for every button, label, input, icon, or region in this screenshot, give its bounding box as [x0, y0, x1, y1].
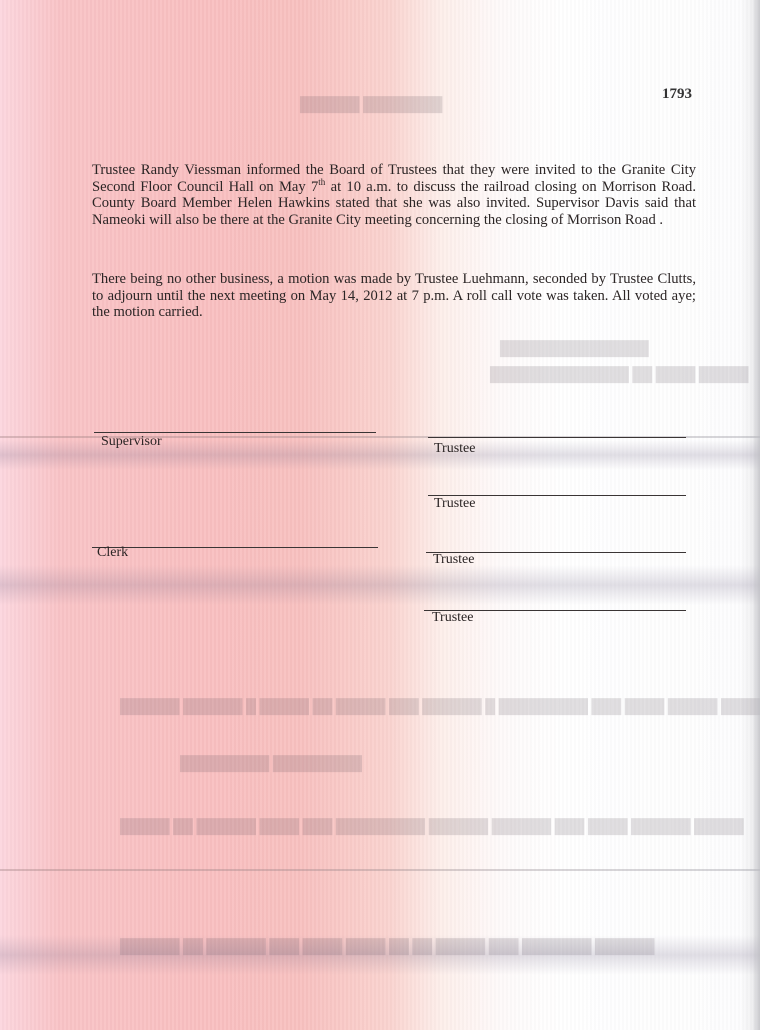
signature-label-trustee-1: Trustee [434, 441, 476, 457]
show-through-text: █████████ █████████ [180, 757, 362, 773]
fold-shadow [0, 565, 760, 605]
signature-line-clerk [92, 547, 378, 548]
show-through-text: ███████████████ [500, 342, 649, 358]
signature-line-supervisor [94, 432, 376, 433]
show-through-text: █████ ██████ ████ ███ ██████ ██████ ████… [120, 820, 744, 836]
signature-line-trustee-1 [428, 437, 686, 438]
fold-crease [0, 869, 760, 871]
paragraph-adjournment: There being no other business, a motion … [92, 271, 696, 321]
signature-label-trustee-2: Trustee [434, 496, 476, 512]
show-through-text: ████████ ██████ [300, 98, 442, 114]
signature-label-supervisor: Supervisor [101, 434, 162, 450]
paper-texture [0, 0, 760, 1030]
show-through-text: ██████ █████ ████ ███ █████████ █ ██████… [120, 700, 760, 716]
signature-label-clerk: Clerk [97, 545, 128, 561]
signature-label-trustee-4: Trustee [432, 610, 474, 626]
page-edge [752, 0, 760, 1030]
page-number: 1793 [662, 86, 692, 103]
signature-label-trustee-3: Trustee [433, 552, 475, 568]
paragraph-text: There being no other business, a motion … [92, 271, 696, 320]
show-through-text: █████ ████ ██ ██████████████ [490, 368, 748, 384]
paragraph-railroad-closing: Trustee Randy Viessman informed the Boar… [92, 162, 696, 228]
fold-shadow [0, 935, 760, 975]
